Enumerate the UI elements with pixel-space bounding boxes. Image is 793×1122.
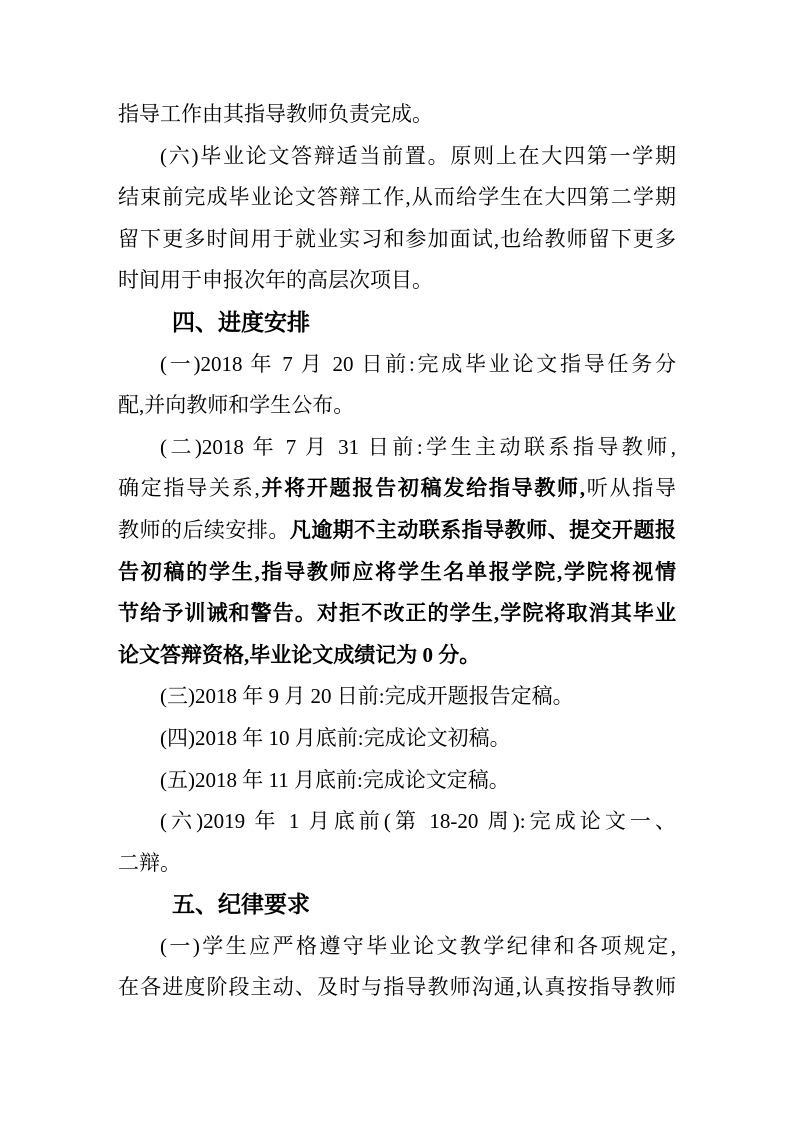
text-run: 配,并向教师和学生公布。 (118, 393, 354, 417)
text-line: (一)学生应严格遵守毕业论文教学纪律和各项规定, (118, 926, 676, 968)
section-heading: 五、纪律要求 (118, 884, 676, 926)
document-text-block: 指导工作由其指导教师负责完成。(六)毕业论文答辩适当前置。原则上在大四第一学期结… (118, 94, 676, 1009)
text-run: 论文答辩资格,毕业论文成绩记为 0 分。 (118, 643, 480, 667)
text-line: 二辩。 (118, 843, 676, 885)
document-page: 指导工作由其指导教师负责完成。(六)毕业论文答辩适当前置。原则上在大四第一学期结… (0, 0, 793, 1122)
text-line: 时间用于申报次年的高层次项目。 (118, 260, 676, 302)
text-run: 指导工作由其指导教师负责完成。 (118, 102, 433, 126)
text-run: 告初稿的学生,指导教师应将学生名单报学院,学院将视情 (118, 560, 676, 584)
text-run: 留下更多时间用于就业实习和参加面试,也给教师留下更多 (118, 227, 676, 251)
text-run: 确定指导关系, (118, 476, 260, 500)
text-line: 确定指导关系,并将开题报告初稿发给指导教师,听从指导 (118, 468, 676, 510)
text-run: (六)2019 年 1 月底前(第 18-20 周):完成论文一、 (160, 809, 676, 833)
text-run: 四、进度安排 (172, 309, 310, 335)
text-run: 五、纪律要求 (172, 891, 310, 917)
text-line: 配,并向教师和学生公布。 (118, 385, 676, 427)
text-line: 在各进度阶段主动、及时与指导教师沟通,认真按指导教师 (118, 967, 676, 1009)
text-line: (六)毕业论文答辩适当前置。原则上在大四第一学期 (118, 136, 676, 178)
text-run: 并将开题报告初稿发给指导教师, (260, 476, 585, 500)
text-run: 教师的后续安排。 (118, 518, 290, 542)
text-run: (二)2018 年 7 月 31 日前:学生主动联系指导教师, (160, 435, 676, 459)
text-line: 留下更多时间用于就业实习和参加面试,也给教师留下更多 (118, 219, 676, 261)
text-run: (四)2018 年 10 月底前:完成论文初稿。 (160, 726, 511, 750)
text-line: 告初稿的学生,指导教师应将学生名单报学院,学院将视情 (118, 552, 676, 594)
text-line: 教师的后续安排。凡逾期不主动联系指导教师、提交开题报 (118, 510, 676, 552)
text-run: (一)学生应严格遵守毕业论文教学纪律和各项规定, (160, 934, 676, 958)
text-line: 结束前完成毕业论文答辩工作,从而给学生在大四第二学期 (118, 177, 676, 219)
text-line: (二)2018 年 7 月 31 日前:学生主动联系指导教师, (118, 427, 676, 469)
text-line: (一)2018 年 7 月 20 日前:完成毕业论文指导任务分 (118, 344, 676, 386)
text-run: 时间用于申报次年的高层次项目。 (118, 268, 433, 292)
text-run: 节给予训诫和警告。对拒不改正的学生,学院将取消其毕业 (118, 601, 676, 625)
text-line: (六)2019 年 1 月底前(第 18-20 周):完成论文一、 (118, 801, 676, 843)
text-run: 听从指导 (585, 476, 676, 500)
text-line: 论文答辩资格,毕业论文成绩记为 0 分。 (118, 635, 676, 677)
text-line: (五)2018 年 11 月底前:完成论文定稿。 (118, 760, 676, 802)
text-run: 二辩。 (118, 851, 181, 875)
text-run: 凡逾期不主动联系指导教师、提交开题报 (290, 518, 676, 542)
text-line: (三)2018 年 9 月 20 日前:完成开题报告定稿。 (118, 676, 676, 718)
text-run: (三)2018 年 9 月 20 日前:完成开题报告定稿。 (160, 684, 574, 708)
text-line: 节给予训诫和警告。对拒不改正的学生,学院将取消其毕业 (118, 593, 676, 635)
text-line: (四)2018 年 10 月底前:完成论文初稿。 (118, 718, 676, 760)
text-run: (六)毕业论文答辩适当前置。原则上在大四第一学期 (160, 144, 676, 168)
text-run: 在各进度阶段主动、及时与指导教师沟通,认真按指导教师 (118, 975, 676, 999)
text-line: 指导工作由其指导教师负责完成。 (118, 94, 676, 136)
text-run: (五)2018 年 11 月底前:完成论文定稿。 (160, 768, 510, 792)
text-run: 结束前完成毕业论文答辩工作,从而给学生在大四第二学期 (118, 185, 676, 209)
section-heading: 四、进度安排 (118, 302, 676, 344)
text-run: (一)2018 年 7 月 20 日前:完成毕业论文指导任务分 (160, 352, 676, 376)
